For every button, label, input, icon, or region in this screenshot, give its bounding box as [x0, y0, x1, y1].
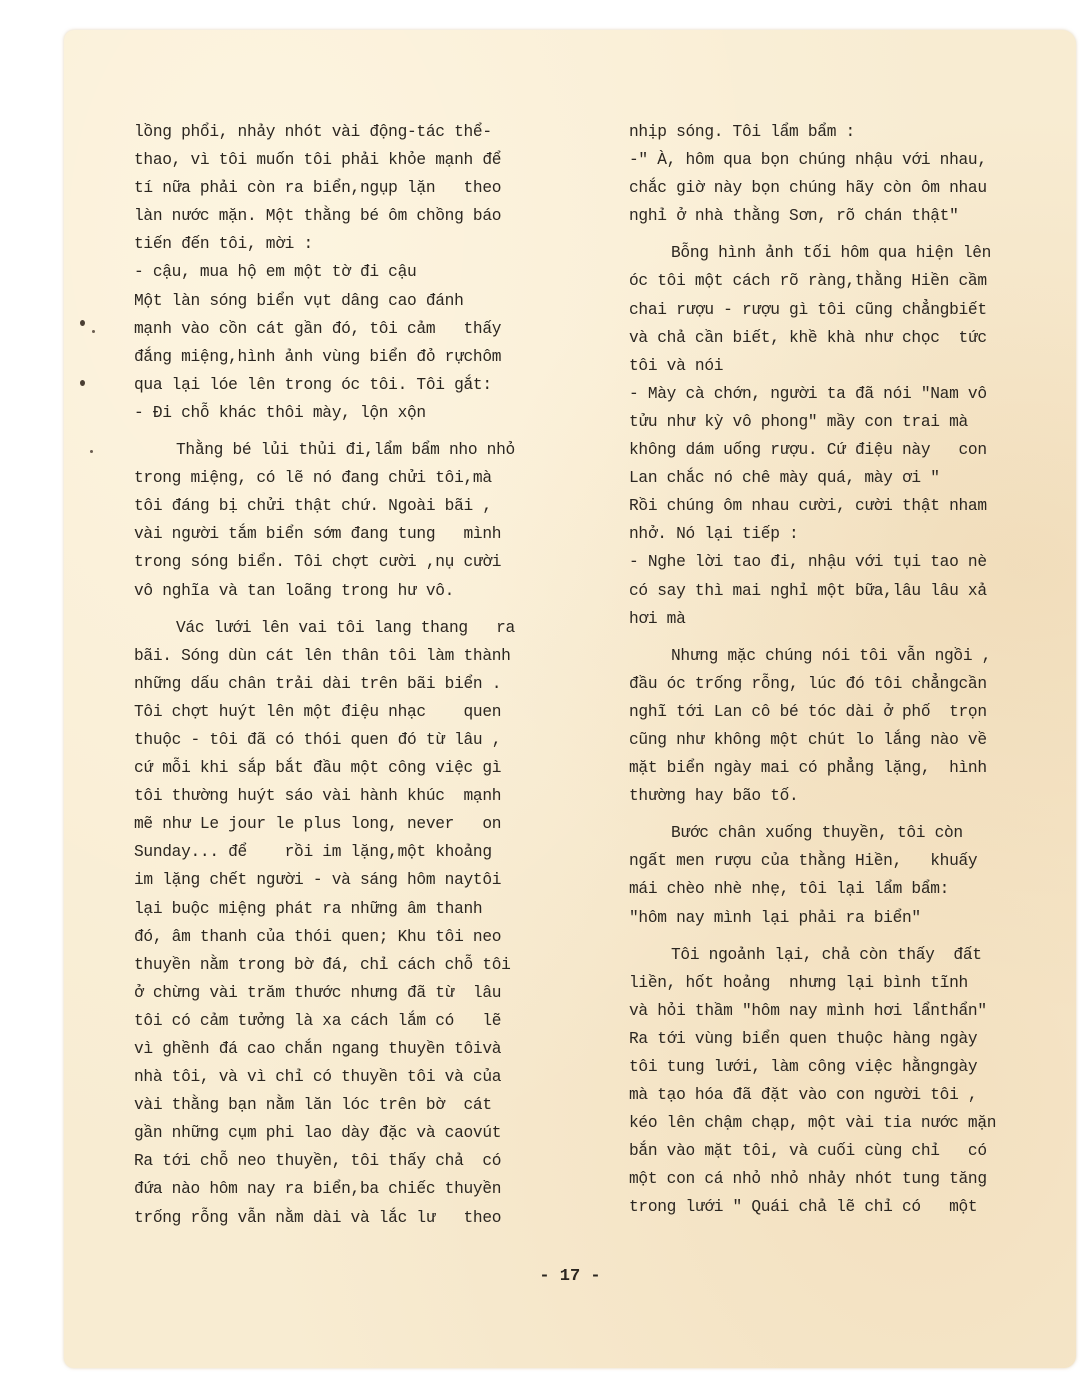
text-line: nghỉ ở nhà thằng Sơn, rõ chán thật" — [629, 202, 1074, 230]
text-line: - Mày cà chớn, người ta đã nói "Nam vô — [629, 380, 1074, 408]
text-line: nhở. Nó lại tiếp : — [629, 520, 1074, 548]
text-line: trong lưới " Quái chả lẽ chỉ có một — [629, 1193, 1074, 1221]
text-line: đầu óc trống rỗng, lúc đó tôi chẳngcần — [629, 670, 1074, 698]
text-line: Bước chân xuống thuyền, tôi còn — [629, 819, 1074, 847]
text-line: ở chừng vài trăm thước nhưng đã từ lâu — [134, 979, 574, 1007]
paragraph: lồng phổi, nhảy nhót vài động-tác thể-th… — [134, 118, 574, 427]
text-line: kéo lên chậm chạp, một vài tia nước mặn — [629, 1109, 1074, 1137]
paragraph-gap — [134, 427, 574, 436]
text-line: tiến đến tôi, mời : — [134, 230, 574, 258]
text-line: tôi thường huýt sáo vài hành khúc mạnh — [134, 782, 574, 810]
text-line: mặt biển ngày mai có phẳng lặng, hình — [629, 754, 1074, 782]
text-line: tí nữa phải còn ra biển,ngụp lặn theo — [134, 174, 574, 202]
paragraph-gap — [629, 633, 1074, 642]
text-line: lồng phổi, nhảy nhót vài động-tác thể- — [134, 118, 574, 146]
text-line: mẽ như Le jour le plus long, never on — [134, 810, 574, 838]
text-line: Một làn sóng biển vụt dâng cao đánh — [134, 287, 574, 315]
text-line: cứ mỗi khi sắp bắt đầu một công việc gì — [134, 754, 574, 782]
text-line: trong sóng biển. Tôi chợt cười ,nụ cười — [134, 548, 574, 576]
text-line: và chả cần biết, khề khà như chọc tức — [629, 324, 1074, 352]
text-line: tửu như kỳ vô phong" mầy con trai mà — [629, 408, 1074, 436]
text-line: mái chèo nhè nhẹ, tôi lại lẩm bẩm: — [629, 875, 1074, 903]
text-line: Nhưng mặc chúng nói tôi vẫn ngồi , — [629, 642, 1074, 670]
text-line: lại buộc miệng phát ra những âm thanh — [134, 895, 574, 923]
text-line: đó, âm thanh của thói quen; Khu tôi neo — [134, 923, 574, 951]
left-text-column: lồng phổi, nhảy nhót vài động-tác thể-th… — [134, 118, 574, 1232]
text-line: Ra tới vùng biển quen thuộc hàng ngày — [629, 1025, 1074, 1053]
text-line: Vác lưới lên vai tôi lang thang ra — [134, 614, 574, 642]
text-line: những dấu chân trải dài trên bãi biển . — [134, 670, 574, 698]
text-line: không dám uống rượu. Cứ điệu này con — [629, 436, 1074, 464]
text-line: - cậu, mua hộ em một tờ đi cậu — [134, 258, 574, 286]
paragraph-gap — [629, 932, 1074, 941]
text-line: mà tạo hóa đã đặt vào con người tôi , — [629, 1081, 1074, 1109]
margin-ink-spot — [90, 450, 93, 453]
paragraph: Tôi ngoảnh lại, chả còn thấy đấtliền, hố… — [629, 941, 1074, 1222]
text-line: một con cá nhỏ nhỏ nhảy nhót tung tăng — [629, 1165, 1074, 1193]
text-line: thường hay bão tố. — [629, 782, 1074, 810]
text-line: hơi mà — [629, 605, 1074, 633]
paragraph: Bước chân xuống thuyền, tôi cònngất men … — [629, 819, 1074, 931]
paragraph: Thằng bé lủi thủi đi,lẩm bẩm nho nhỏtron… — [134, 436, 574, 605]
text-line: chai rượu - rượu gì tôi cũng chẳngbiết — [629, 296, 1074, 324]
paragraph-gap — [629, 810, 1074, 819]
text-line: nghĩ tới Lan cô bé tóc dài ở phố trọn — [629, 698, 1074, 726]
text-line: có say thì mai nghỉ một bữa,lâu lâu xả — [629, 577, 1074, 605]
text-line: qua lại lóe lên trong óc tôi. Tôi gắt: — [134, 371, 574, 399]
text-line: nhà tôi, và vì chỉ có thuyền tôi và của — [134, 1063, 574, 1091]
text-line: vài người tắm biển sớm đang tung mình — [134, 520, 574, 548]
text-line: gần những cụm phi lao dày đặc và caovút — [134, 1119, 574, 1147]
text-line: vì ghềnh đá cao chắn ngang thuyền tôivà — [134, 1035, 574, 1063]
text-line: Thằng bé lủi thủi đi,lẩm bẩm nho nhỏ — [134, 436, 574, 464]
text-line: vài thằng bạn nằm lăn lóc trên bờ cát — [134, 1091, 574, 1119]
text-line: Ra tới chỗ neo thuyền, tôi thấy chả có — [134, 1147, 574, 1175]
margin-ink-spot — [80, 380, 85, 386]
text-line: tôi tung lưới, làm công việc hằngngày — [629, 1053, 1074, 1081]
text-line: thuộc - tôi đã có thói quen đó từ lâu , — [134, 726, 574, 754]
paragraph: Nhưng mặc chúng nói tôi vẫn ngồi ,đầu óc… — [629, 642, 1074, 811]
text-line: đắng miệng,hình ảnh vùng biển đỏ rựchôm — [134, 343, 574, 371]
text-line: - Đi chỗ khác thôi mày, lộn xộn — [134, 399, 574, 427]
paragraph: Bỗng hình ảnh tối hôm qua hiện lênóc tôi… — [629, 239, 1074, 632]
paragraph: nhịp sóng. Tôi lẩm bẩm :-" À, hôm qua bọ… — [629, 118, 1074, 230]
text-line: Tôi ngoảnh lại, chả còn thấy đất — [629, 941, 1074, 969]
text-line: tôi và nói — [629, 352, 1074, 380]
paragraph: Vác lưới lên vai tôi lang thang rabãi. S… — [134, 614, 574, 1232]
text-line: -" À, hôm qua bọn chúng nhậu với nhau, — [629, 146, 1074, 174]
text-line: làn nước mặn. Một thằng bé ôm chồng báo — [134, 202, 574, 230]
text-line: chắc giờ này bọn chúng hãy còn ôm nhau — [629, 174, 1074, 202]
text-line: thao, vì tôi muốn tôi phải khỏe mạnh để — [134, 146, 574, 174]
typewritten-page: lồng phổi, nhảy nhót vài động-tác thể-th… — [64, 30, 1076, 1368]
text-line: im lặng chết người - và sáng hôm naytôi — [134, 866, 574, 894]
text-line: cũng như không một chút lo lắng nào về — [629, 726, 1074, 754]
text-line: Sunday... để rồi im lặng,một khoảng — [134, 838, 574, 866]
text-line: liền, hốt hoảng nhưng lại bình tĩnh — [629, 969, 1074, 997]
text-line: tôi có cảm tưởng là xa cách lắm có lẽ — [134, 1007, 574, 1035]
text-line: bãi. Sóng dùn cát lên thân tôi làm thành — [134, 642, 574, 670]
text-line: bắn vào mặt tôi, và cuối cùng chỉ có — [629, 1137, 1074, 1165]
text-line: ngất men rượu của thằng Hiền, khuấy — [629, 847, 1074, 875]
paragraph-gap — [134, 605, 574, 614]
text-line: - Nghe lời tao đi, nhậu với tụi tao nè — [629, 548, 1074, 576]
text-line: óc tôi một cách rõ ràng,thằng Hiền cầm — [629, 267, 1074, 295]
text-line: Rồi chúng ôm nhau cười, cười thật nham — [629, 492, 1074, 520]
text-line: Lan chắc nó chê mày quá, mày ơi " — [629, 464, 1074, 492]
text-line: trong miệng, có lẽ nó đang chửi tôi,mà — [134, 464, 574, 492]
text-line: thuyền nằm trong bờ đá, chỉ cách chỗ tôi — [134, 951, 574, 979]
text-line: Tôi chợt huýt lên một điệu nhạc quen — [134, 698, 574, 726]
text-line: vô nghĩa và tan loãng trong hư vô. — [134, 577, 574, 605]
right-text-column: nhịp sóng. Tôi lẩm bẩm :-" À, hôm qua bọ… — [629, 118, 1074, 1222]
text-line: đứa nào hôm nay ra biển,ba chiếc thuyền — [134, 1175, 574, 1203]
text-line: mạnh vào cồn cát gần đó, tôi cảm thấy — [134, 315, 574, 343]
text-line: và hỏi thầm "hôm nay mình hơi lẩnthẩn" — [629, 997, 1074, 1025]
text-line: "hôm nay mình lại phải ra biển" — [629, 904, 1074, 932]
paragraph-gap — [629, 230, 1074, 239]
margin-ink-spot — [92, 330, 95, 333]
margin-ink-spot — [80, 320, 85, 326]
text-line: tôi đáng bị chửi thật chứ. Ngoài bãi , — [134, 492, 574, 520]
page-number: - 17 - — [64, 1267, 1076, 1286]
text-line: trống rỗng vẫn nằm dài và lắc lư theo — [134, 1204, 574, 1232]
text-line: Bỗng hình ảnh tối hôm qua hiện lên — [629, 239, 1074, 267]
text-line: nhịp sóng. Tôi lẩm bẩm : — [629, 118, 1074, 146]
